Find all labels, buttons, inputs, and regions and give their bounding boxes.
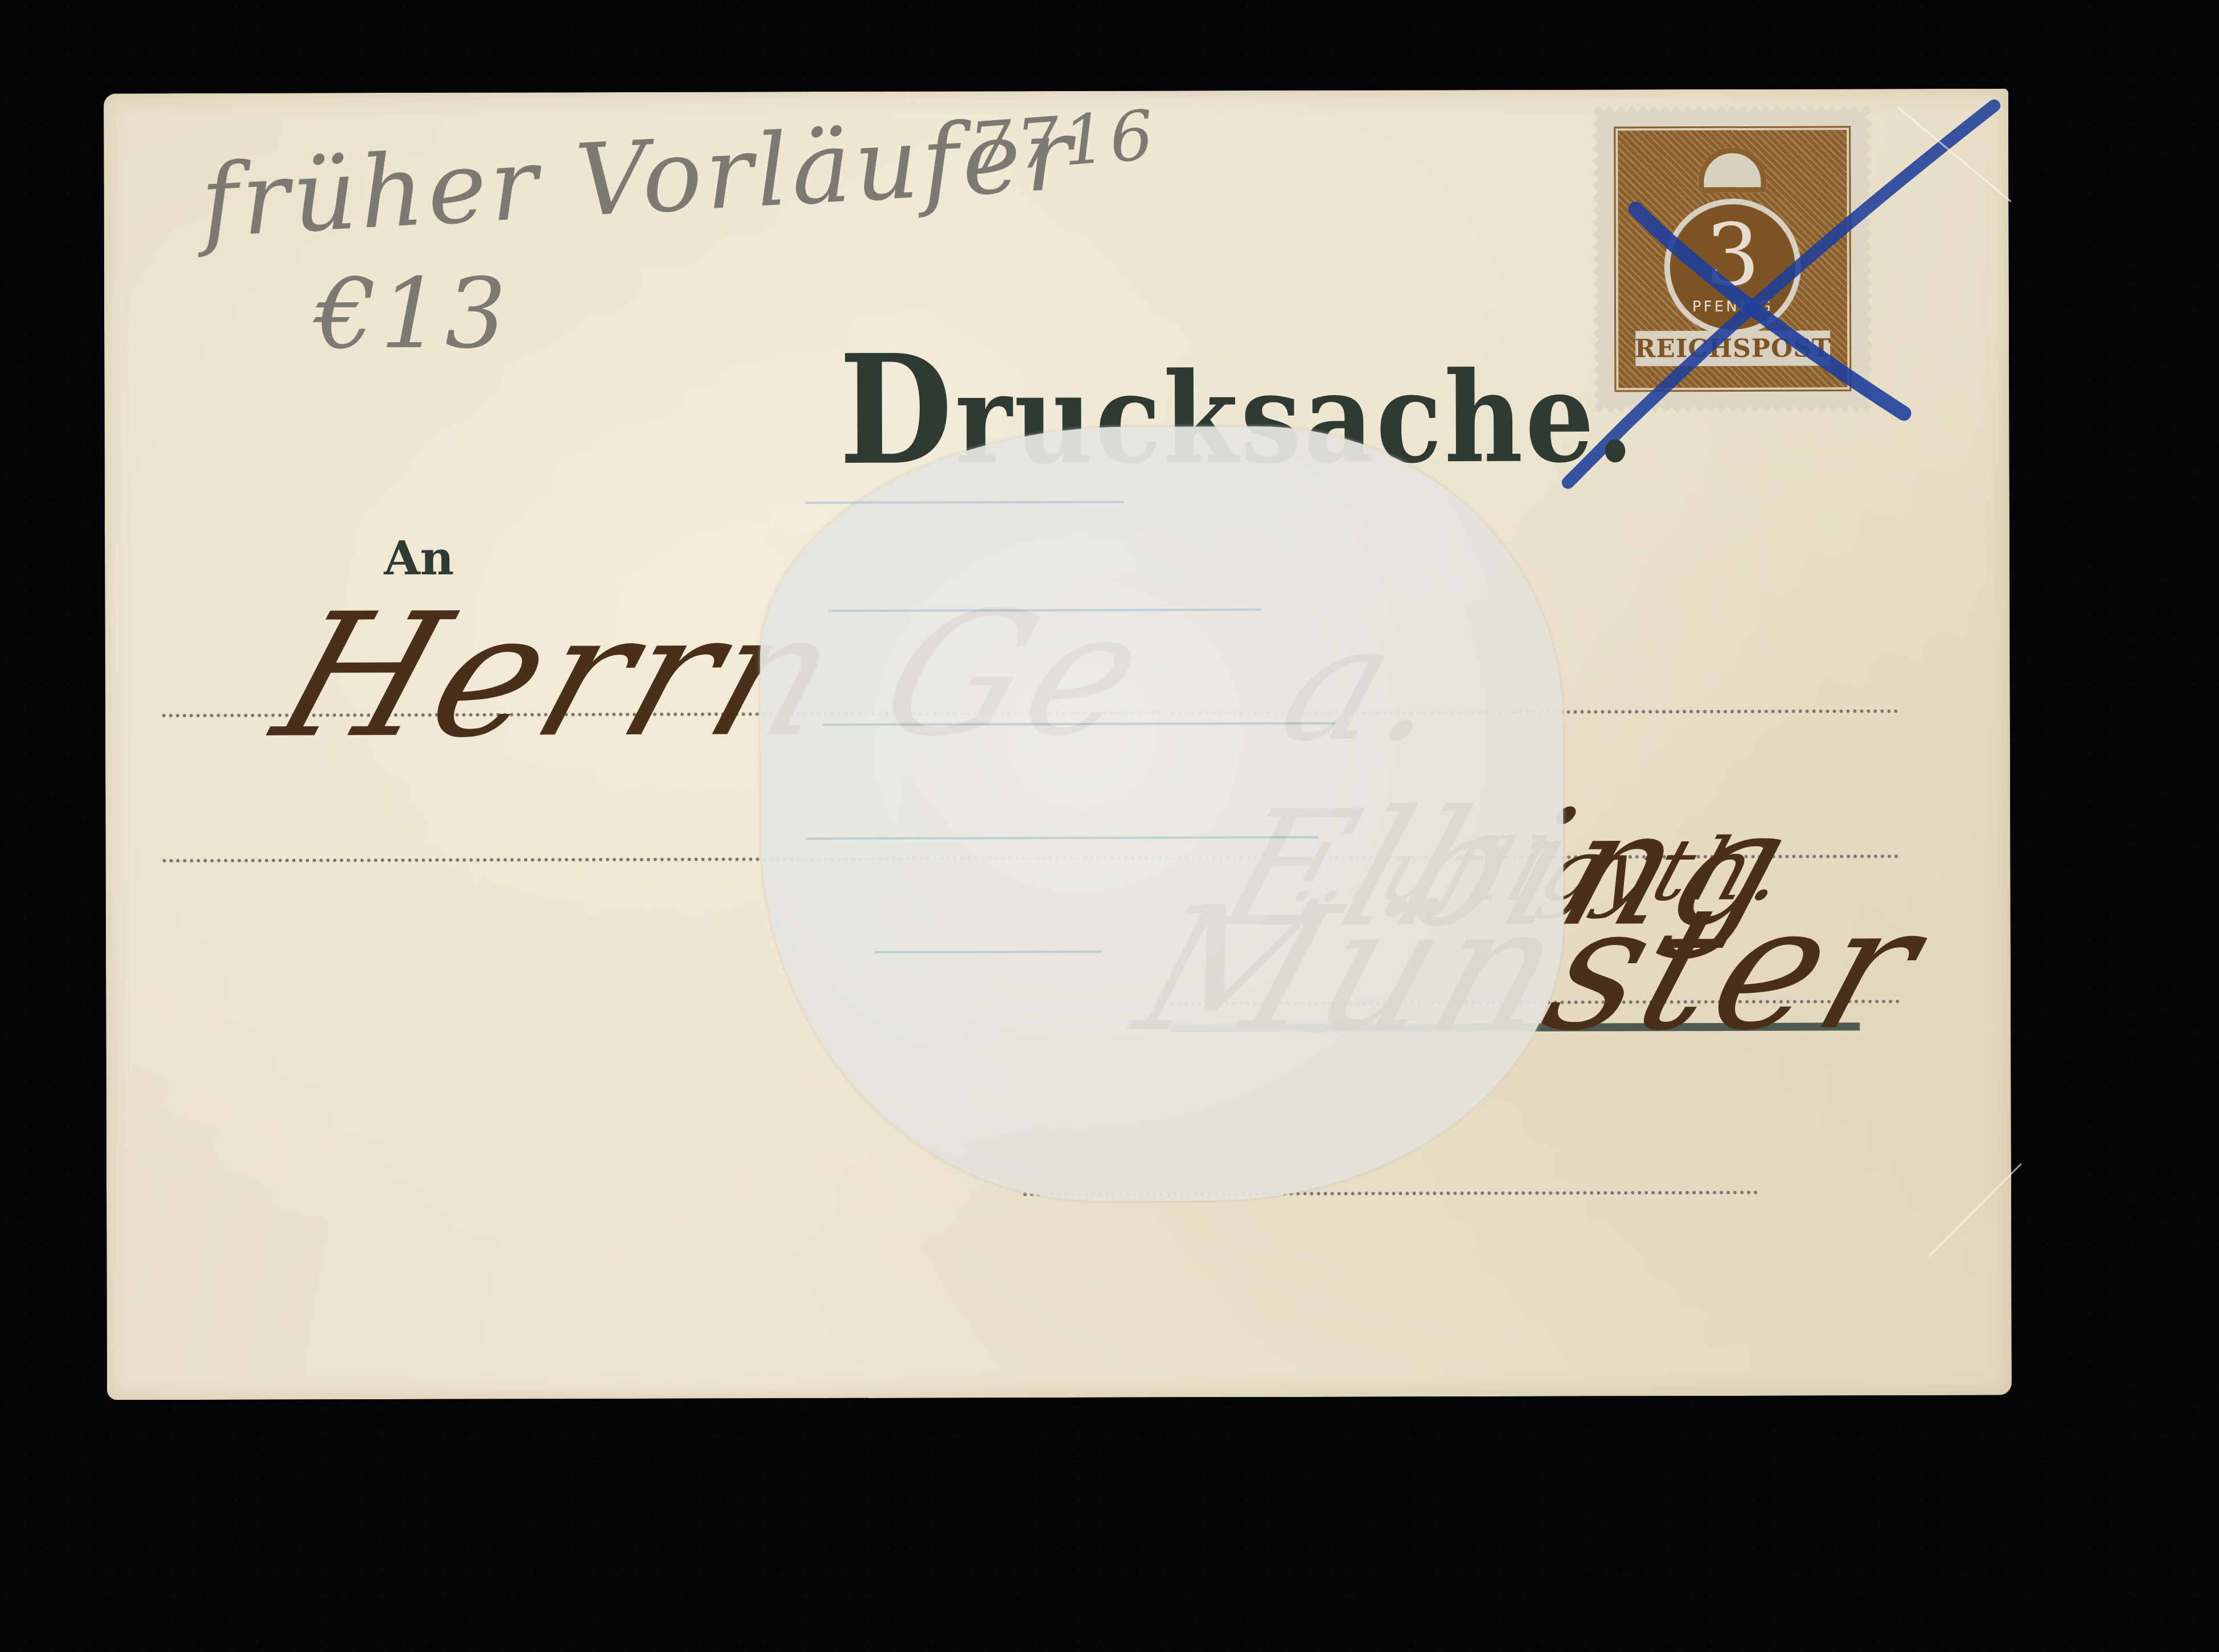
patch-ruled-line xyxy=(823,722,1335,726)
patch-ruled-line xyxy=(806,836,1318,840)
stamp-currency: PFENNIG xyxy=(1692,298,1773,315)
patch-ruled-line xyxy=(828,609,1261,612)
stamp-value-circle: 3 PFENNIG xyxy=(1664,199,1801,336)
postcard: früher Vorläufer €13 7716 3 PFENNIG REIC… xyxy=(104,89,2012,1400)
corner-crease xyxy=(1928,1163,2021,1257)
pencil-inventory-number: 7716 xyxy=(967,96,1160,188)
stamp-value: 3 xyxy=(1705,213,1760,298)
patch-ruled-line xyxy=(805,501,1124,504)
corner-crease xyxy=(1897,106,2012,202)
stamp-design: 3 PFENNIG REICHSPOST xyxy=(1615,128,1849,390)
patch-ruled-line xyxy=(875,951,1102,954)
crown-icon xyxy=(1698,147,1766,193)
pencil-note-collector: früher Vorläufer xyxy=(198,97,1078,260)
stamp-inscription: REICHSPOST xyxy=(1635,330,1830,366)
paper-repair-patch xyxy=(760,426,1565,1202)
pencil-note-reference: €13 xyxy=(315,258,510,371)
